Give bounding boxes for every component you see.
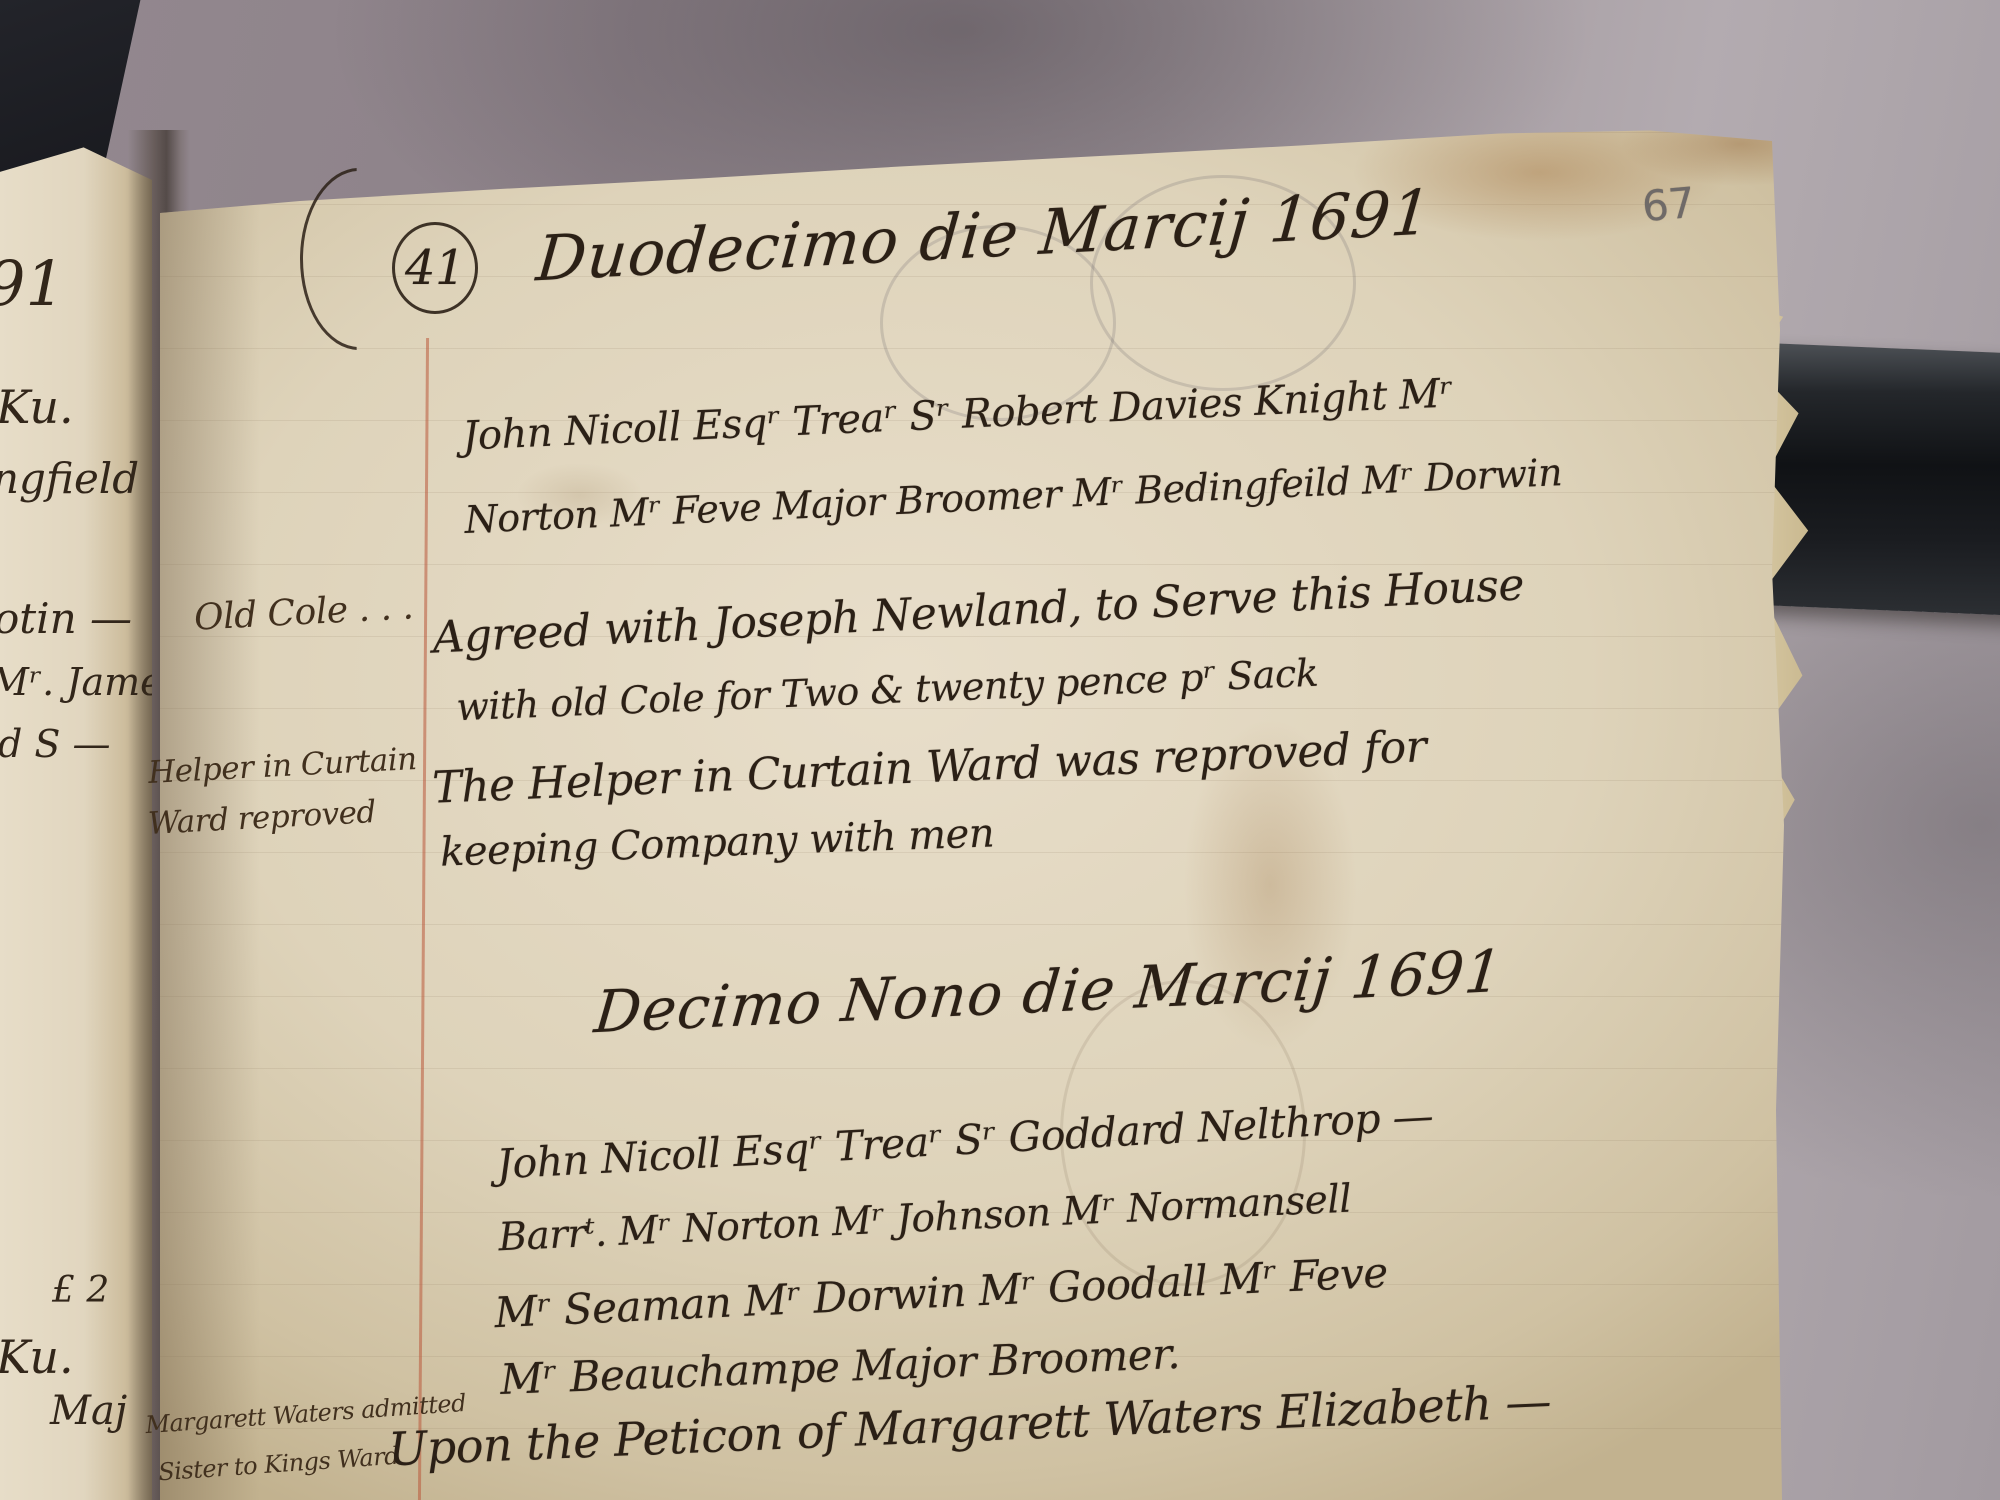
left-page-fragment: 91 bbox=[0, 247, 65, 320]
page-number: 41 bbox=[392, 222, 478, 314]
left-page-fragment: Ku. bbox=[0, 380, 74, 434]
left-page-fragment: £ 2 bbox=[52, 1270, 109, 1311]
left-page-fragment: d S — bbox=[0, 722, 111, 766]
left-page-fragment: Maj bbox=[50, 1388, 127, 1434]
pencil-folio-number: 67 bbox=[1640, 178, 1697, 231]
left-page-fragment: ngfield bbox=[0, 454, 139, 503]
left-page-fragment: Ku. bbox=[0, 1330, 74, 1384]
manuscript-photo: 91 Ku. ngfield otin — Mʳ. James d S — £ … bbox=[0, 0, 2000, 1500]
left-page-fragment: otin — bbox=[0, 594, 132, 643]
